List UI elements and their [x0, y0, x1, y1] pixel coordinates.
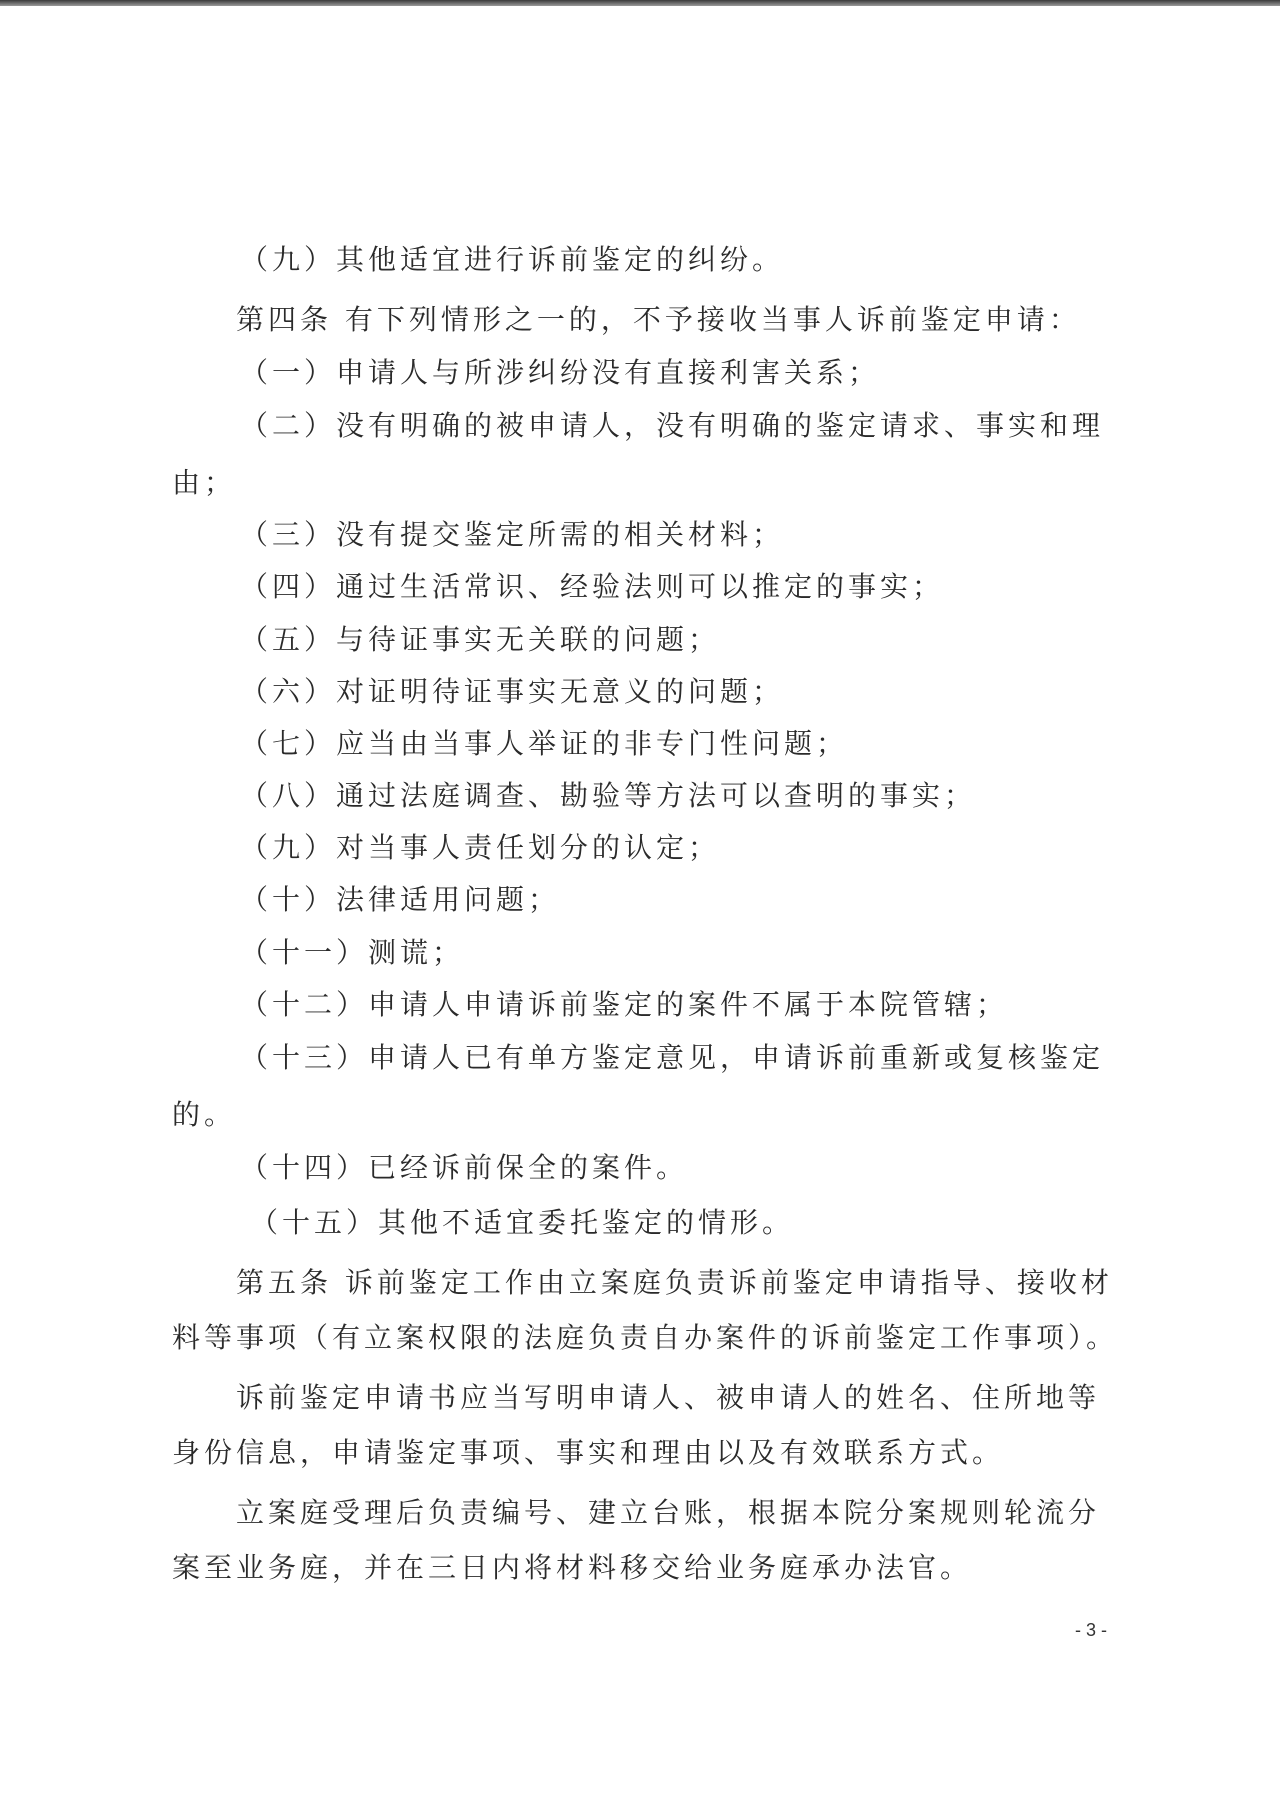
text-line: （七）应当由当事人举证的非专门性问题； [240, 724, 848, 764]
text-line: （十三）申请人已有单方鉴定意见，申请诉前重新或复核鉴定 [240, 1038, 1104, 1078]
text-line: （九）对当事人责任划分的认定； [240, 828, 720, 868]
text-line: （十二）申请人申请诉前鉴定的案件不属于本院管辖； [240, 985, 1008, 1025]
text-line: 案至业务庭，并在三日内将材料移交给业务庭承办法官。 [172, 1548, 972, 1588]
text-line: （六）对证明待证事实无意义的问题； [240, 672, 784, 712]
text-line: 第四条 有下列情形之一的，不予接收当事人诉前鉴定申请： [236, 300, 1081, 340]
text-line: 身份信息，申请鉴定事项、事实和理由以及有效联系方式。 [172, 1433, 1004, 1473]
text-line: 料等事项（有立案权限的法庭负责自办案件的诉前鉴定工作事项）。 [172, 1318, 1118, 1358]
text-line: （二）没有明确的被申请人，没有明确的鉴定请求、事实和理 [240, 406, 1104, 446]
text-line: （一）申请人与所涉纠纷没有直接利害关系； [240, 353, 880, 393]
text-line: （三）没有提交鉴定所需的相关材料； [240, 515, 784, 555]
text-line: （九）其他适宜进行诉前鉴定的纠纷。 [240, 240, 784, 280]
text-line: （八）通过法庭调查、勘验等方法可以查明的事实； [240, 776, 976, 816]
text-line: （十五）其他不适宜委托鉴定的情形。 [250, 1203, 794, 1243]
text-line: （十四）已经诉前保全的案件。 [240, 1148, 688, 1188]
text-line: 第五条 诉前鉴定工作由立案庭负责诉前鉴定申请指导、接收材 [236, 1263, 1113, 1303]
page-number: - 3 - [1075, 1620, 1107, 1641]
document-page: （九）其他适宜进行诉前鉴定的纠纷。第四条 有下列情形之一的，不予接收当事人诉前鉴… [0, 0, 1280, 1807]
text-line: 诉前鉴定申请书应当写明申请人、被申请人的姓名、住所地等 [236, 1378, 1100, 1418]
text-line: （十一）测谎； [240, 933, 464, 973]
text-line: 立案庭受理后负责编号、建立台账，根据本院分案规则轮流分 [236, 1493, 1100, 1533]
text-line: 由； [172, 463, 236, 503]
text-line: 的。 [172, 1095, 236, 1135]
text-line: （十）法律适用问题； [240, 880, 560, 920]
text-line: （四）通过生活常识、经验法则可以推定的事实； [240, 567, 944, 607]
text-line: （五）与待证事实无关联的问题； [240, 620, 720, 660]
